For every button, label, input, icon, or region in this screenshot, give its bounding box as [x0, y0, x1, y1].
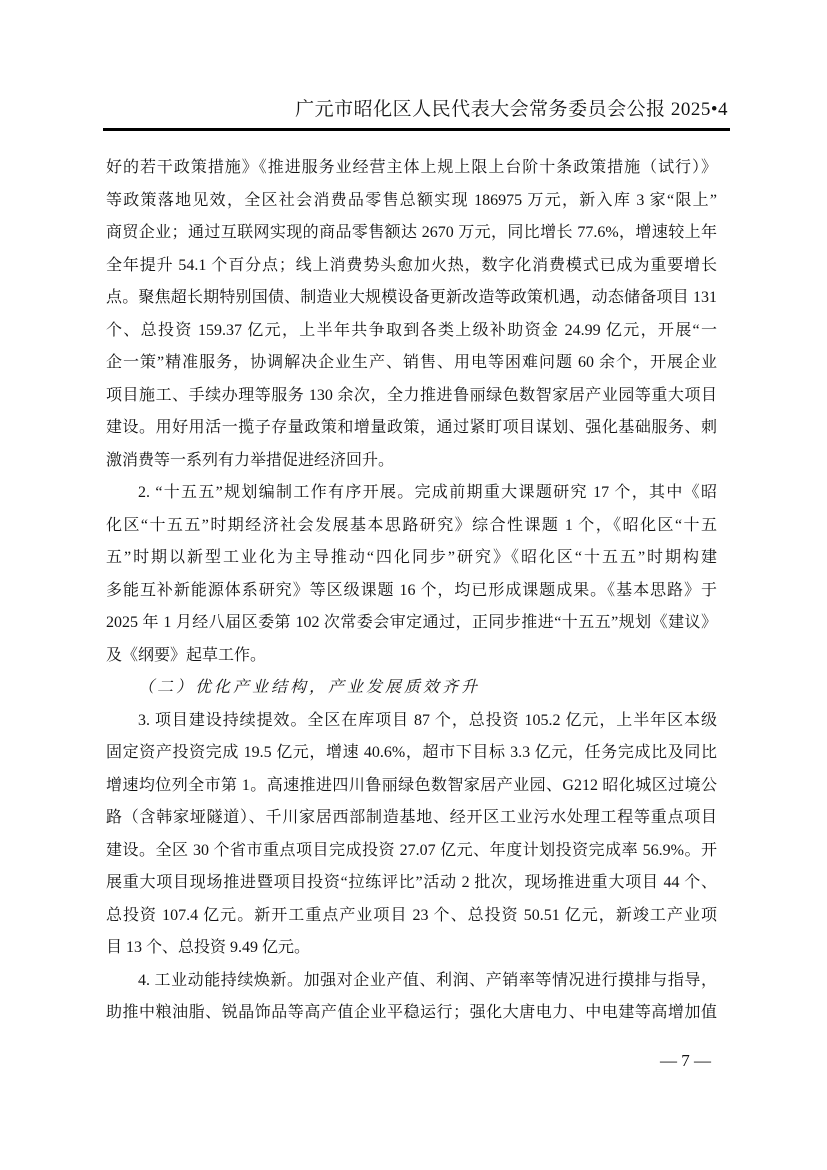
text-line: 个、总投资 159.37 亿元，上半年共争取到各类上级补助资金 24.99 亿元… — [106, 315, 717, 348]
text-line: 激消费等一系列有力举措促进经济回升。 — [106, 445, 717, 478]
text-line: 及《纲要》起草工作。 — [106, 640, 717, 673]
text-line: 企一策”精准服务，协调解决企业生产、销售、用电等困难问题 60 余个，开展企业 — [106, 347, 717, 380]
paragraph: 3. 项目建设持续提效。全区在库项目 87 个，总投资 105.2 亿元，上半年… — [106, 705, 717, 965]
text-line: 多能互补新能源体系研究》等区级课题 16 个，均已形成课题成果。《基本思路》于 — [106, 575, 717, 608]
header-divider — [103, 128, 730, 131]
masthead-title: 广元市昭化区人民代表大会常务委员会公报 2025•4 — [100, 97, 728, 123]
text-line: 项目施工、手续办理等服务 130 余次，全力推进鲁丽绿色数智家居产业园等重大项目 — [106, 380, 717, 413]
text-line: 全年提升 54.1 个百分点；线上消费势头愈加火热，数字化消费模式已成为重要增长 — [106, 250, 717, 283]
text-line: 助推中粮油脂、锐晶饰品等高产值企业平稳运行；强化大唐电力、中电建等高增加值 — [106, 997, 717, 1030]
document-body: 好的若干政策措施》《推进服务业经营主体上规上限上台阶十条政策措施（试行）》 等政… — [106, 152, 717, 1030]
text-line: 等政策落地见效，全区社会消费品零售总额实现 186975 万元，新入库 3 家“… — [106, 185, 717, 218]
text-line: 路（含韩家垭隧道）、千川家居西部制造基地、经开区工业污水处理工程等重点项目 — [106, 802, 717, 835]
text-line: 建设。全区 30 个省市重点项目完成投资 27.07 亿元、年度计划投资完成率 … — [106, 835, 717, 868]
text-line: 点。聚焦超长期特别国债、制造业大规模设备更新改造等政策机遇，动态储备项目 131 — [106, 282, 717, 315]
text-line: 增速均位列全市第 1。高速推进四川鲁丽绿色数智家居产业园、G212 昭化城区过境… — [106, 770, 717, 803]
text-line: 总投资 107.4 亿元。新开工重点产业项目 23 个、总投资 50.51 亿元… — [106, 900, 717, 933]
document-page: 广元市昭化区人民代表大会常务委员会公报 2025•4 好的若干政策措施》《推进服… — [0, 0, 827, 1170]
text-line: 建设。用好用活一揽子存量政策和增量政策，通过紧盯项目谋划、强化基础服务、刺 — [106, 412, 717, 445]
text-line: 2. “十五五”规划编制工作有序开展。完成前期重大课题研究 17 个，其中《昭 — [106, 477, 717, 510]
text-line: 商贸企业；通过互联网实现的商品零售额达 2670 万元，同比增长 77.6%，增… — [106, 217, 717, 250]
text-line: 五”时期以新型工业化为主导推动“四化同步”研究》《昭化区“十五五”时期构建 — [106, 542, 717, 575]
text-line: 目 13 个、总投资 9.49 亿元。 — [106, 932, 717, 965]
text-line: 化区“十五五”时期经济社会发展基本思路研究》综合性课题 1 个，《昭化区“十五 — [106, 510, 717, 543]
text-line: 4. 工业动能持续焕新。加强对企业产值、利润、产销率等情况进行摸排与指导， — [106, 965, 717, 998]
text-line: 固定资产投资完成 19.5 亿元，增速 40.6%，超市下目标 3.3 亿元，任… — [106, 737, 717, 770]
text-line: 好的若干政策措施》《推进服务业经营主体上规上限上台阶十条政策措施（试行）》 — [106, 152, 717, 185]
paragraph: 好的若干政策措施》《推进服务业经营主体上规上限上台阶十条政策措施（试行）》 等政… — [106, 152, 717, 477]
text-line: 展重大项目现场推进暨项目投资“拉练评比”活动 2 批次，现场推进重大项目 44 … — [106, 867, 717, 900]
paragraph: 2. “十五五”规划编制工作有序开展。完成前期重大课题研究 17 个，其中《昭 … — [106, 477, 717, 672]
page-number: — 7 — — [0, 1050, 711, 1072]
text-line: 3. 项目建设持续提效。全区在库项目 87 个，总投资 105.2 亿元，上半年… — [106, 705, 717, 738]
section-heading: （二）优化产业结构，产业发展质效齐升 — [106, 672, 717, 705]
paragraph: 4. 工业动能持续焕新。加强对企业产值、利润、产销率等情况进行摸排与指导， 助推… — [106, 965, 717, 1030]
text-line: 2025 年 1 月经八届区委第 102 次常委会审定通过，正同步推进“十五五”… — [106, 607, 717, 640]
